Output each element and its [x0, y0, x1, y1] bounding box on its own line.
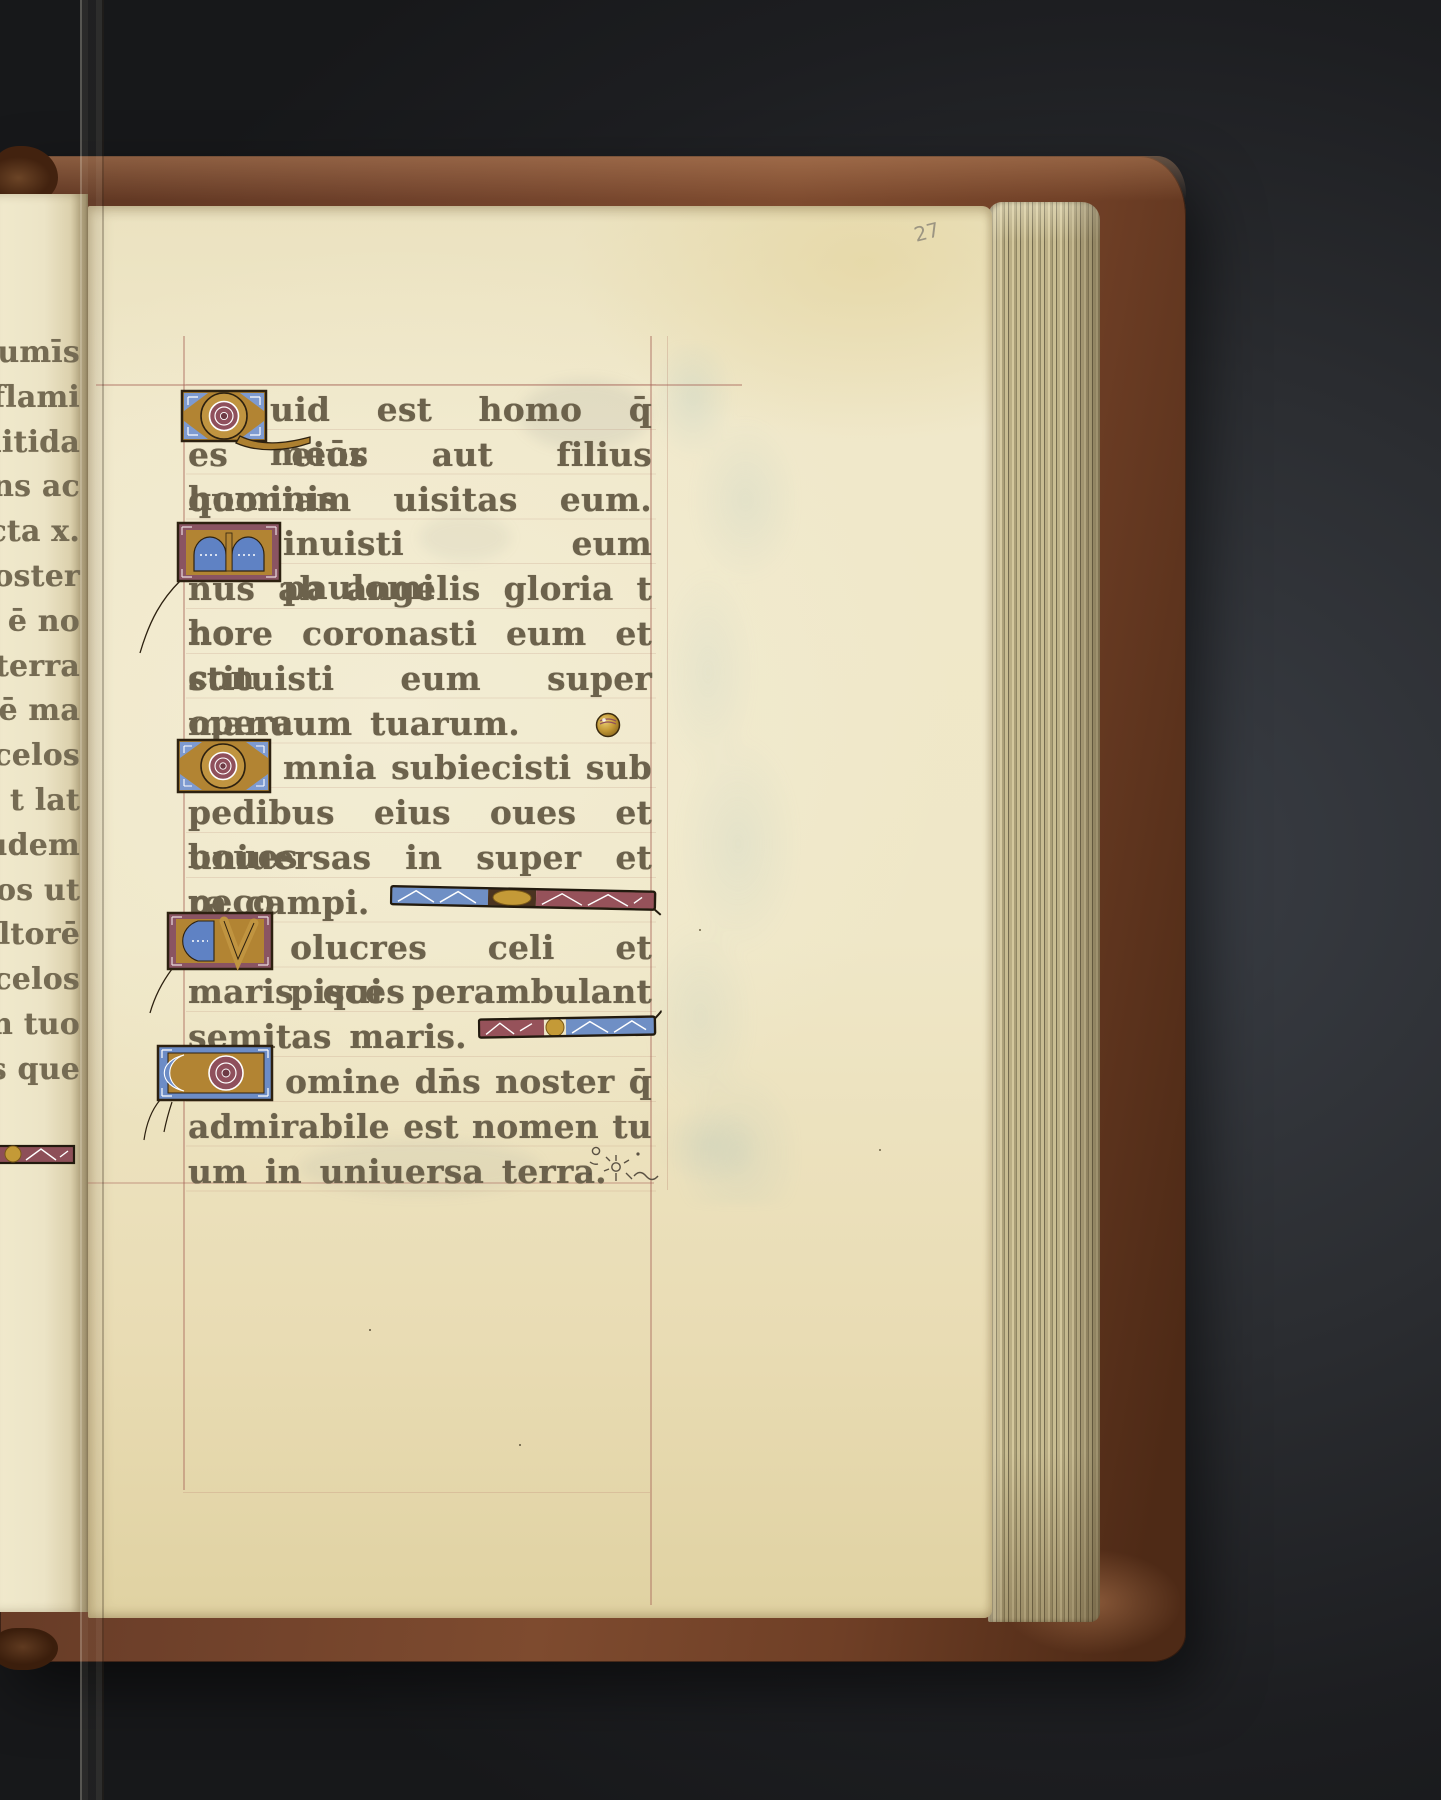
- facing-page-text-fragment: ta ē ma: [0, 694, 80, 728]
- facing-page-text-fragment: m t lat: [0, 784, 80, 818]
- facing-page-text-fragment: bo celos: [0, 963, 80, 997]
- facing-page-text-fragment: os ut: [0, 874, 80, 908]
- page-stack-fore-edge: [988, 202, 1100, 1622]
- facing-page-text-fragment: audem: [0, 829, 80, 863]
- illuminated-initial-q: [180, 386, 320, 472]
- facing-page-text-fragment: ncta x.: [0, 515, 80, 549]
- facing-page-text-fragment: ultorē: [0, 918, 80, 952]
- facing-page-text-fragment: m flami: [0, 381, 80, 415]
- facing-page-text-fragment: as que: [0, 1053, 80, 1087]
- line-filler-ornament: [390, 880, 663, 918]
- show-through-pattern: [648, 345, 798, 1205]
- ruling-vertical-right-outer: [667, 336, 668, 1190]
- illuminated-initial-v: [142, 905, 298, 1017]
- manuscript-line: uniuersas in super et peco: [188, 836, 652, 881]
- facing-page-edge: r lumīsm flaminitidanans acncta x.s nost…: [0, 194, 88, 1612]
- facing-page-text-fragment: nans ac: [0, 470, 80, 504]
- facing-page-text-fragment: s noster: [0, 560, 80, 594]
- photographed-manuscript-scene: r lumīsm flaminitidanans acncta x.s nost…: [0, 0, 1441, 1800]
- facing-page-text-fragment: nle ē no: [0, 605, 80, 639]
- facing-page-line-filler: [0, 1140, 82, 1170]
- manuscript-line: stituisti eum super opera: [188, 657, 652, 702]
- facing-page-text-fragment: isa terra: [0, 650, 80, 684]
- illuminated-initial-o: [176, 736, 282, 800]
- facing-page-text-fragment: um tuo: [0, 1008, 80, 1042]
- gold-ball-ornament: [593, 710, 623, 740]
- illuminated-initial-m: [130, 515, 300, 660]
- facing-page-text-fragment: r lumīs: [0, 336, 80, 370]
- line-filler-ornament: [478, 1010, 663, 1045]
- leather-tailcap: [0, 1628, 58, 1670]
- illuminated-initial-d: [140, 1040, 300, 1144]
- ruling-horizontal-lower: [183, 1492, 650, 1493]
- pen-flourish: [580, 1140, 670, 1200]
- facing-page-text-fragment: nitida: [0, 426, 80, 460]
- facing-page-text-fragment: er celos: [0, 739, 80, 773]
